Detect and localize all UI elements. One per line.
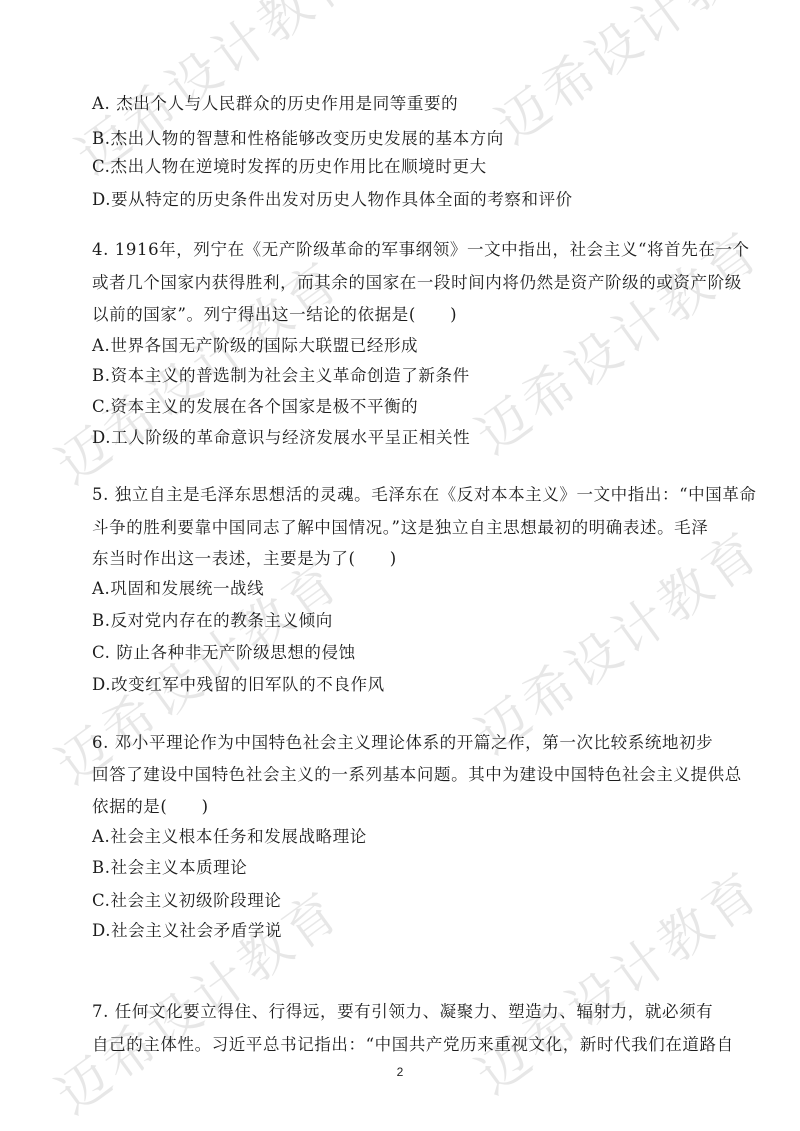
q3-option-a: A. 杰出个人与人民群众的历史作用是同等重要的: [92, 94, 458, 114]
q4-option-a: A.世界各国无产阶级的国际大联盟已经形成: [92, 336, 418, 356]
q3-option-d: D.要从特定的历史条件出发对历史人物作具体全面的考察和评价: [92, 190, 573, 210]
page-number: 2: [0, 1065, 800, 1079]
document-page: 迈希设计教育 迈希设计教育 迈希设计教育 迈希设计教育 迈希设计教育 迈希设计教…: [0, 0, 800, 1131]
q5-option-c: C. 防止各种非无产阶级思想的侵蚀: [92, 643, 356, 663]
q6-stem-line-1: 6. 邓小平理论作为中国特色社会主义理论体系的开篇之作，第一次比较系统地初步: [92, 733, 713, 753]
q4-option-b: B.资本主义的普选制为社会主义革命创造了新条件: [92, 366, 470, 386]
q3-option-b: B.杰出人物的智慧和性格能够改变历史发展的基本方向: [92, 129, 504, 149]
q4-stem-line-3: 以前的国家”。列宁得出这一结论的依据是( ): [92, 305, 457, 325]
q6-stem-line-3: 依据的是( ): [92, 797, 209, 817]
q6-stem-line-2: 回答了建设中国特色社会主义的一系列基本问题。其中为建设中国特色社会主义提供总: [92, 765, 742, 785]
q3-option-c: C.杰出人物在逆境时发挥的历史作用比在顺境时更大: [92, 157, 487, 177]
q4-option-d: D.工人阶级的革命意识与经济发展水平呈正相关性: [92, 428, 470, 448]
q5-stem-line-1: 5. 独立自主是毛泽东思想活的灵魂。毛泽东在《反对本本主义》一文中指出：“中国革…: [92, 485, 757, 505]
q4-option-c: C.资本主义的发展在各个国家是极不平衡的: [92, 397, 418, 417]
q4-stem-line-1: 4. 1916年，列宁在《无产阶级革命的军事纲领》一文中指出，社会主义“将首先在…: [92, 240, 750, 260]
q6-option-b: B.社会主义本质理论: [92, 858, 247, 878]
watermark: 迈希设计教育: [478, 0, 794, 158]
q4-stem-line-2: 或者几个国家内获得胜利，而其余的国家在一段时间内将仍然是资产阶级的或资产阶级: [92, 273, 742, 293]
q5-option-a: A.巩固和发展统一战线: [92, 579, 264, 599]
watermark: 迈希设计教育: [458, 510, 774, 768]
q6-option-a: A.社会主义根本任务和发展战略理论: [92, 827, 367, 847]
q7-stem-line-2: 自己的主体性。习近平总书记指出：“中国共产党历来重视文化，新时代我们在道路自: [92, 1035, 734, 1055]
q6-option-c: C.社会主义初级阶段理论: [92, 891, 281, 911]
q6-option-d: D.社会主义社会矛盾学说: [92, 921, 282, 941]
q5-option-d: D.改变红军中残留的旧军队的不良作风: [92, 675, 385, 695]
q5-stem-line-2: 斗争的胜利要靠中国同志了解中国情况。”这是独立自主思想最初的明确表述。毛泽: [92, 518, 708, 538]
q5-option-b: B.反对党内存在的教条主义倾向: [92, 611, 333, 631]
q5-stem-line-3: 东当时作出这一表述，主要是为了( ): [92, 549, 397, 569]
q7-stem-line-1: 7. 任何文化要立得住、行得远，要有引领力、凝聚力、塑造力、辐射力，就必须有: [92, 1002, 713, 1022]
